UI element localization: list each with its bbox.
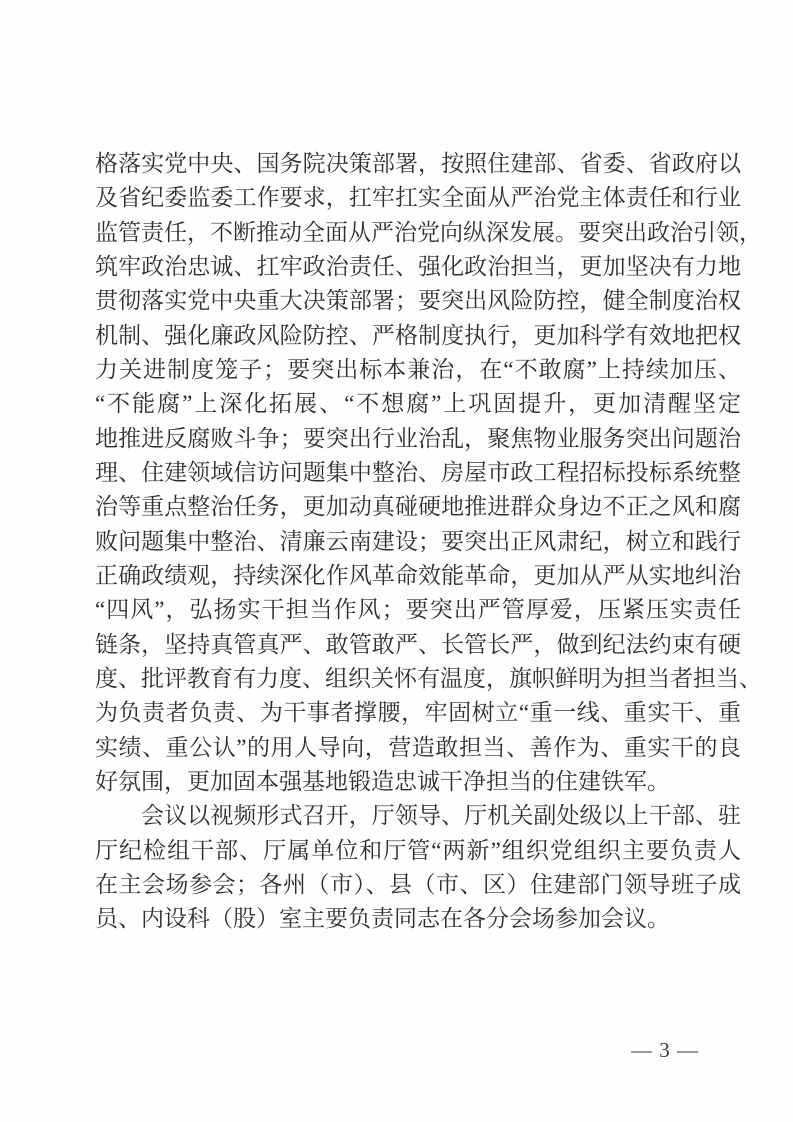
text-line: 治等重点整治任务，更加动真碰硬地推进群众身边不正之风和腐	[95, 490, 741, 524]
text-line: 监管责任，不断推动全面从严治党向纵深发展。要突出政治引领，	[95, 216, 741, 250]
text-line: 会议以视频形式召开，厅领导、厅机关副处级以上干部、驻	[95, 799, 741, 833]
text-line: 好氛围，更加固本强基地锻造忠诚干净担当的住建铁军。	[95, 765, 741, 799]
text-line: 为负责者负责、为干事者撑腰，牢固树立“重一线、重实干、重	[95, 696, 741, 730]
text-line: 贯彻落实党中央重大决策部署；要突出风险防控，健全制度治权	[95, 284, 741, 318]
text-line: 度、批评教育有力度、组织关怀有温度，旗帜鲜明为担当者担当、	[95, 662, 741, 696]
text-line: “不能腐”上深化拓展、“不想腐”上巩固提升，更加清醒坚定	[95, 387, 741, 421]
document-page: 格落实党中央、国务院决策部署，按照住建部、省委、省政府以及省纪委监委工作要求，扛…	[0, 0, 793, 1122]
text-line: 筑牢政治忠诚、扛牢政治责任、强化政治担当，更加坚决有力地	[95, 250, 741, 284]
text-line: 理、住建领域信访问题集中整治、房屋市政工程招标投标系统整	[95, 456, 741, 490]
page-number: — 3 —	[615, 1038, 715, 1063]
text-line: 实绩、重公认”的用人导向，营造敢担当、善作为、重实干的良	[95, 731, 741, 765]
text-line: 链条，坚持真管真严、敢管敢严、长管长严，做到纪法约束有硬	[95, 628, 741, 662]
text-line: “四风”，弘扬实干担当作风；要突出严管厚爱，压紧压实责任	[95, 593, 741, 627]
text-line: 在主会场参会；各州（市）、县（市、区）住建部门领导班子成	[95, 868, 741, 902]
text-line: 及省纪委监委工作要求，扛牢扛实全面从严治党主体责任和行业	[95, 181, 741, 215]
text-line: 厅纪检组干部、厅属单位和厅管“两新”组织党组织主要负责人	[95, 834, 741, 868]
text-line: 败问题集中整治、清廉云南建设；要突出正风肃纪，树立和践行	[95, 525, 741, 559]
text-line: 正确政绩观，持续深化作风革命效能革命，更加从严从实地纠治	[95, 559, 741, 593]
text-line: 员、内设科（股）室主要负责同志在各分会场参加会议。	[95, 902, 741, 936]
text-line: 机制、强化廉政风险防控、严格制度执行，更加科学有效地把权	[95, 319, 741, 353]
text-line: 地推进反腐败斗争；要突出行业治乱，聚焦物业服务突出问题治	[95, 422, 741, 456]
body-text-block: 格落实党中央、国务院决策部署，按照住建部、省委、省政府以及省纪委监委工作要求，扛…	[95, 147, 741, 937]
text-line: 力关进制度笼子；要突出标本兼治，在“不敢腐”上持续加压、	[95, 353, 741, 387]
text-line: 格落实党中央、国务院决策部署，按照住建部、省委、省政府以	[95, 147, 741, 181]
